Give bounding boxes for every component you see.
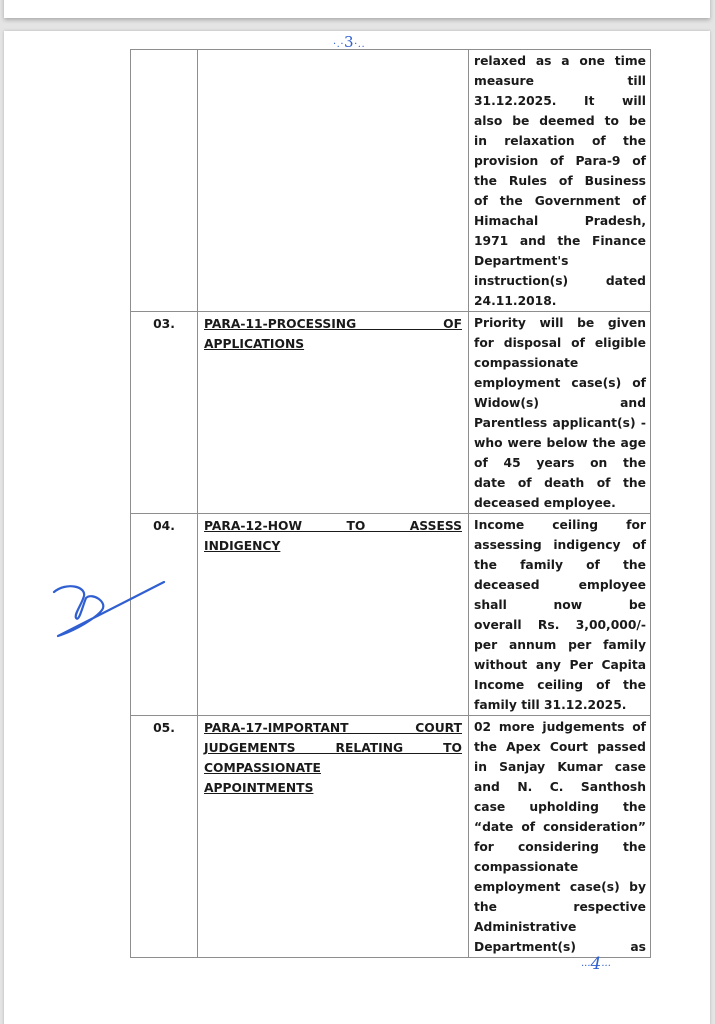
table-row: 05.PARA-17-IMPORTANT COURTJUDGEMENTS REL… (131, 716, 651, 958)
table-row: relaxed as a one timemeasure till31.12.2… (131, 50, 651, 312)
signature-icon (46, 578, 166, 648)
para-heading-line: PARA-11-PROCESSING OF (204, 314, 462, 334)
amendment-text-line: in relaxation of the (474, 131, 646, 151)
para-heading-line: COMPASSIONATE (204, 758, 462, 778)
amendment-text-cell: Income ceiling forassessing indigency of… (469, 514, 651, 716)
para-heading-line: APPOINTMENTS (204, 778, 462, 798)
amendment-text-cell: Priority will be givenfor disposal of el… (469, 312, 651, 514)
table-row: 03.PARA-11-PROCESSING OFAPPLICATIONSPrio… (131, 312, 651, 514)
amendment-text-line: shall now be (474, 595, 646, 615)
serial-number-cell (131, 50, 198, 312)
amendment-text-line: also be deemed to be (474, 111, 646, 131)
amendment-text-line: overall Rs. 3,00,000/- (474, 615, 646, 635)
amendment-text-line: 02 more judgements of (474, 717, 646, 737)
amendment-text-line: for disposal of eligible (474, 333, 646, 353)
previous-page-edge (4, 0, 710, 18)
amendment-text-line: Department's (474, 251, 646, 271)
amendment-text-line: of 45 years on the (474, 453, 646, 473)
amendment-text-line: Priority will be given (474, 313, 646, 333)
amendment-text-line: compassionate (474, 353, 646, 373)
serial-number-cell: 03. (131, 312, 198, 514)
amendment-text-line: Income ceiling for (474, 515, 646, 535)
amendment-text-line: relaxed as a one time (474, 51, 646, 71)
amendment-text-line: the family of the (474, 555, 646, 575)
amendment-text-line: date of death of the (474, 473, 646, 493)
para-heading-line: INDIGENCY (204, 536, 462, 556)
amendment-text-line: family till 31.12.2025. (474, 695, 646, 715)
amendment-text-line: Department(s) as (474, 937, 646, 957)
amendment-text-line: compassionate (474, 857, 646, 877)
para-heading-cell (198, 50, 469, 312)
amendment-text-line: Himachal Pradesh, (474, 211, 646, 231)
amendment-text-line: Income ceiling of the (474, 675, 646, 695)
amendment-text-line: provision of Para-9 of (474, 151, 646, 171)
amendment-text-line: employment case(s) by (474, 877, 646, 897)
amendment-text-line: 31.12.2025. It will (474, 91, 646, 111)
para-heading-line: PARA-17-IMPORTANT COURT (204, 718, 462, 738)
amendment-text-line: of the Government of (474, 191, 646, 211)
para-heading-cell: PARA-12-HOW TO ASSESSINDIGENCY (198, 514, 469, 716)
serial-number-cell: 05. (131, 716, 198, 958)
amendment-text-cell: relaxed as a one timemeasure till31.12.2… (469, 50, 651, 312)
amendment-text-line: in Sanjay Kumar case (474, 757, 646, 777)
amendment-text-line: 24.11.2018. (474, 291, 646, 311)
amendment-text-line: who were below the age (474, 433, 646, 453)
amendment-text-line: instruction(s) dated (474, 271, 646, 291)
amendment-text-line: Parentless applicant(s) - (474, 413, 646, 433)
para-heading-line: APPLICATIONS (204, 334, 462, 354)
amendment-text-line: the Rules of Business (474, 171, 646, 191)
amendment-text-line: the respective (474, 897, 646, 917)
para-heading-cell: PARA-11-PROCESSING OFAPPLICATIONS (198, 312, 469, 514)
para-heading-line: JUDGEMENTS RELATING TO (204, 738, 462, 758)
amendment-text-line: measure till (474, 71, 646, 91)
amendment-text-cell: 02 more judgements ofthe Apex Court pass… (469, 716, 651, 958)
amendment-text-line: Widow(s) and (474, 393, 646, 413)
para-heading-line: PARA-12-HOW TO ASSESS (204, 516, 462, 536)
amendment-text-line: “date of consideration” (474, 817, 646, 837)
amendment-text-line: deceased employee. (474, 493, 646, 513)
amendment-text-line: without any Per Capita (474, 655, 646, 675)
amendment-text-line: assessing indigency of (474, 535, 646, 555)
para-heading-cell: PARA-17-IMPORTANT COURTJUDGEMENTS RELATI… (198, 716, 469, 958)
table-row: 04.PARA-12-HOW TO ASSESSINDIGENCYIncome … (131, 514, 651, 716)
amendment-text-line: employment case(s) of (474, 373, 646, 393)
amendment-text-line: case upholding the (474, 797, 646, 817)
page-number-bottom: ···4··· (581, 954, 611, 974)
amendment-text-line: Administrative (474, 917, 646, 937)
amendment-text-line: for considering the (474, 837, 646, 857)
amendments-table: relaxed as a one timemeasure till31.12.2… (130, 49, 651, 958)
amendment-text-line: and N. C. Santhosh (474, 777, 646, 797)
amendment-text-line: deceased employee (474, 575, 646, 595)
amendment-text-line: 1971 and the Finance (474, 231, 646, 251)
amendment-text-line: per annum per family (474, 635, 646, 655)
amendment-text-line: the Apex Court passed (474, 737, 646, 757)
